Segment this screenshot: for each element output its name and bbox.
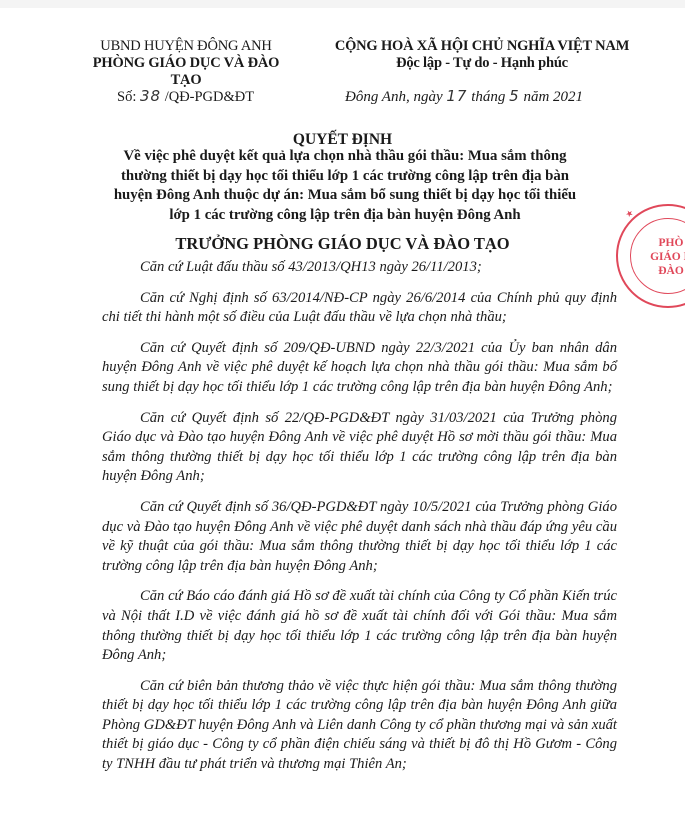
seal-line: ĐÀO: [636, 264, 685, 278]
national-motto: Độc lập - Tự do - Hạnh phúc: [334, 55, 630, 72]
seal-line: GIÁO D: [636, 250, 685, 264]
subject-line: thường thiết bị dạy học tối thiểu lớp 1 …: [65, 167, 625, 187]
decision-subject: Về việc phê duyệt kết quả lựa chọn nhà t…: [65, 147, 625, 225]
subject-line: Về việc phê duyệt kết quả lựa chọn nhà t…: [65, 147, 625, 167]
national-title: CỘNG HOÀ XÃ HỘI CHỦ NGHĨA VIỆT NAM: [334, 38, 630, 55]
document-number: Số: 38 /QĐ-PGD&ĐT: [117, 87, 254, 106]
document-body: Căn cứ Luật đấu thầu số 43/2013/QH13 ngà…: [102, 258, 617, 786]
legal-basis-paragraph: Căn cứ Báo cáo đánh giá Hồ sơ đề xuất tà…: [102, 587, 617, 665]
date-line: Đông Anh, ngày 17 tháng 5 năm 2021: [345, 87, 583, 106]
date-place: Đông Anh, ngày: [345, 89, 443, 105]
seal-line: PHÒ: [636, 236, 685, 250]
seal-center-text: PHÒ GIÁO D ĐÀO: [636, 236, 685, 278]
national-header-block: CỘNG HOÀ XÃ HỘI CHỦ NGHĨA VIỆT NAM Độc l…: [334, 38, 630, 72]
official-seal-stamp: PHÒ GIÁO D ĐÀO ★: [616, 204, 685, 308]
legal-basis-paragraph: Căn cứ Luật đấu thầu số 43/2013/QH13 ngà…: [102, 258, 617, 278]
agency-name-text: PHÒNG GIÁO DỤC VÀ ĐÀO TẠO: [93, 55, 279, 88]
doc-number-handwritten: 38: [140, 87, 161, 105]
agency-parent: UBND HUYỆN ĐÔNG ANH: [86, 38, 286, 55]
subject-line: huyện Đông Anh thuộc dự án: Mua sắm bổ s…: [65, 186, 625, 206]
date-month-handwritten: 5: [509, 87, 520, 105]
date-month-label: tháng: [471, 89, 505, 105]
date-year: năm 2021: [523, 89, 583, 105]
legal-basis-paragraph: Căn cứ Quyết định số 36/QĐ-PGD&ĐT ngày 1…: [102, 498, 617, 576]
legal-basis-paragraph: Căn cứ biên bản thương thảo về việc thực…: [102, 677, 617, 775]
seal-ring-text: ★: [624, 208, 634, 219]
authority-heading: TRƯỞNG PHÒNG GIÁO DỤC VÀ ĐÀO TẠO: [0, 234, 685, 254]
legal-basis-paragraph: Căn cứ Nghị định số 63/2014/NĐ-CP ngày 2…: [102, 289, 617, 328]
issuing-agency-block: UBND HUYỆN ĐÔNG ANH PHÒNG GIÁO DỤC VÀ ĐÀ…: [86, 38, 286, 89]
subject-line: lớp 1 các trường công lập trên địa bàn h…: [65, 206, 625, 226]
legal-basis-paragraph: Căn cứ Quyết định số 209/QĐ-UBND ngày 22…: [102, 339, 617, 398]
agency-name: PHÒNG GIÁO DỤC VÀ ĐÀO TẠO: [86, 55, 286, 89]
doc-number-label: Số:: [117, 89, 136, 105]
doc-number-suffix: /QĐ-PGD&ĐT: [165, 89, 254, 105]
date-day-handwritten: 17: [446, 87, 467, 105]
legal-basis-paragraph: Căn cứ Quyết định số 22/QĐ-PGD&ĐT ngày 3…: [102, 409, 617, 487]
page-top-edge: [0, 0, 685, 8]
